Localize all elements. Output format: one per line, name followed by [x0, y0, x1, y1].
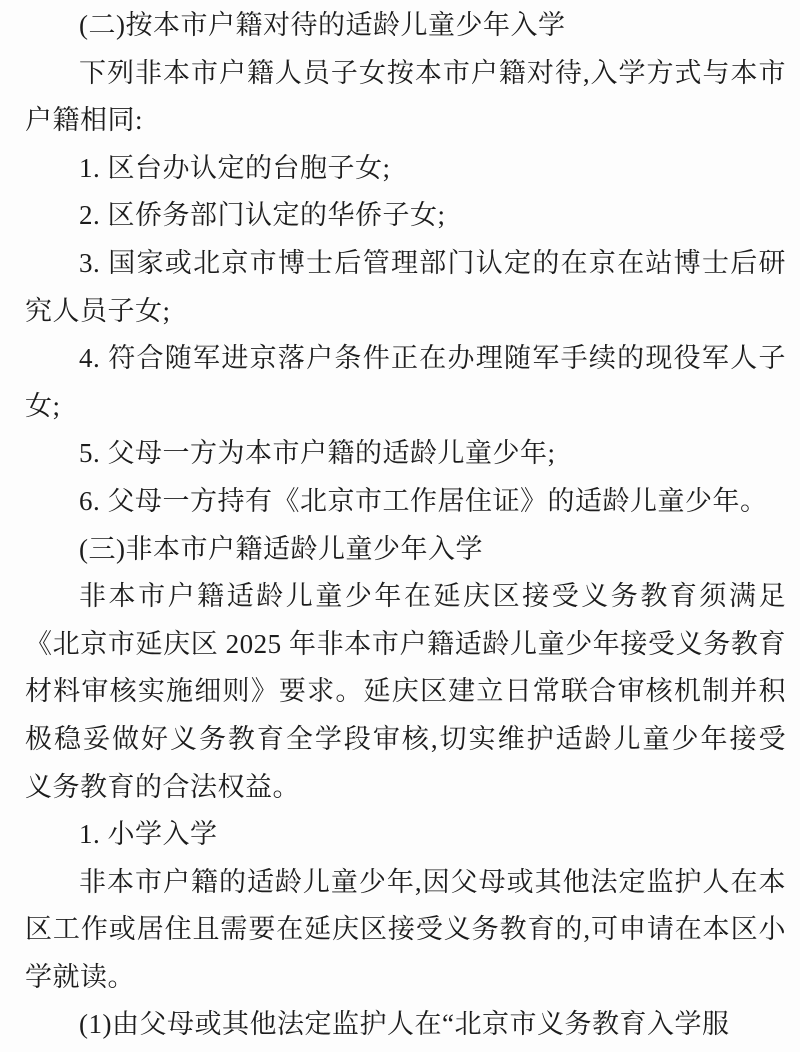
text-line: 3. 国家或北京市博士后管理部门认定的在京在站博士后研: [25, 240, 786, 288]
text-line: (1)由父母或其他法定监护人在“北京市义务教育入学服: [25, 1001, 786, 1049]
text-line: 学就读。: [25, 954, 786, 1002]
paragraph: (三)非本市户籍适龄儿童少年入学: [25, 526, 786, 574]
text-line: 2. 区侨务部门认定的华侨子女;: [25, 192, 786, 240]
text-line: 材料审核实施细则》要求。延庆区建立日常联合审核机制并积: [25, 668, 786, 716]
paragraph: 6. 父母一方持有《北京市工作居住证》的适龄儿童少年。: [25, 478, 786, 526]
text-line: 非本市户籍的适龄儿童少年,因父母或其他法定监护人在本: [25, 859, 786, 907]
text-line: 户籍相同:: [25, 97, 786, 145]
text-line: 义务教育的合法权益。: [25, 764, 786, 812]
text-line: 6. 父母一方持有《北京市工作居住证》的适龄儿童少年。: [25, 478, 786, 526]
paragraph: (1)由父母或其他法定监护人在“北京市义务教育入学服: [25, 1001, 786, 1049]
text-line: 4. 符合随军进京落户条件正在办理随军手续的现役军人子: [25, 335, 786, 383]
text-line: 5. 父母一方为本市户籍的适龄儿童少年;: [25, 430, 786, 478]
text-line: 1. 区台办认定的台胞子女;: [25, 145, 786, 193]
text-line: 究人员子女;: [25, 288, 786, 336]
paragraph: 2. 区侨务部门认定的华侨子女;: [25, 192, 786, 240]
paragraph: 非本市户籍适龄儿童少年在延庆区接受义务教育须满足《北京市延庆区 2025 年非本…: [25, 573, 786, 811]
text-line: 女;: [25, 383, 786, 431]
paragraph: 下列非本市户籍人员子女按本市户籍对待,入学方式与本市户籍相同:: [25, 50, 786, 145]
paragraph: 4. 符合随军进京落户条件正在办理随军手续的现役军人子女;: [25, 335, 786, 430]
text-line: 非本市户籍适龄儿童少年在延庆区接受义务教育须满足: [25, 573, 786, 621]
paragraph: 1. 区台办认定的台胞子女;: [25, 145, 786, 193]
text-line: 区工作或居住且需要在延庆区接受义务教育的,可申请在本区小: [25, 906, 786, 954]
text-line: (二)按本市户籍对待的适龄儿童少年入学: [25, 2, 786, 50]
paragraph: 3. 国家或北京市博士后管理部门认定的在京在站博士后研究人员子女;: [25, 240, 786, 335]
paragraph: 非本市户籍的适龄儿童少年,因父母或其他法定监护人在本区工作或居住且需要在延庆区接…: [25, 859, 786, 1002]
paragraph: 5. 父母一方为本市户籍的适龄儿童少年;: [25, 430, 786, 478]
text-line: 下列非本市户籍人员子女按本市户籍对待,入学方式与本市: [25, 50, 786, 98]
text-line: 《北京市延庆区 2025 年非本市户籍适龄儿童少年接受义务教育: [25, 621, 786, 669]
text-line: 1. 小学入学: [25, 811, 786, 859]
text-line: (三)非本市户籍适龄儿童少年入学: [25, 526, 786, 574]
paragraph: (二)按本市户籍对待的适龄儿童少年入学: [25, 2, 786, 50]
document-page: (二)按本市户籍对待的适龄儿童少年入学下列非本市户籍人员子女按本市户籍对待,入学…: [0, 0, 800, 1052]
paragraph: 1. 小学入学: [25, 811, 786, 859]
text-line: 极稳妥做好义务教育全学段审核,切实维护适龄儿童少年接受: [25, 716, 786, 764]
